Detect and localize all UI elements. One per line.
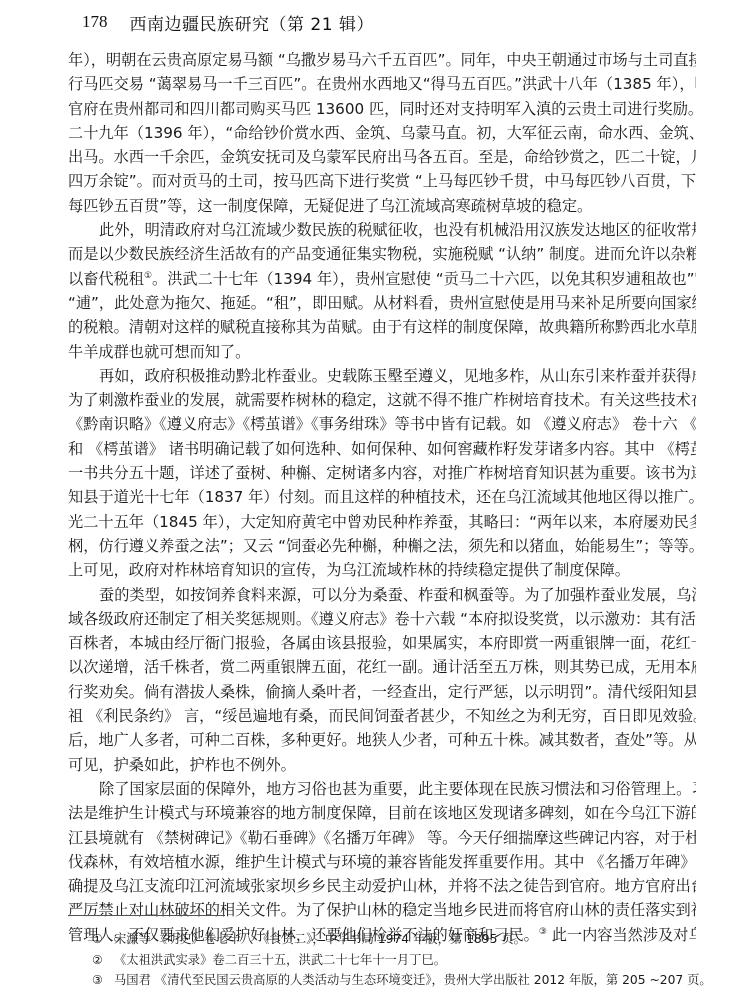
body-line: 官府在贵州都司和四川都司购买马匹 13600 匹，同时还对支持明军入滇的云贵土司…	[68, 97, 696, 121]
body-line: 法是维护生计模式与环境兼容的地方制度保障，目前在该地区发现诸多碑刻，如在今乌江下…	[68, 801, 696, 825]
body-line: 年），明朝在云贵高原定易马额 “乌撒岁易马六千五百匹”。同年，中央王朝通过市场与…	[68, 48, 696, 72]
body-line: 可见，护桑如此，护柞也不例外。	[68, 753, 696, 777]
footnote-item: ②《太祖洪武实录》卷二百三十五，洪武二十七年十一月丁巳。	[92, 950, 712, 971]
footnote-item: ③马国君 《清代至民国云贵高原的人类活动与生态环境变迁》，贵州大学出版社 201…	[92, 970, 712, 991]
body-line: 再如，政府积极推动黔北柞蚕业。史载陈玉壂至遵义，见地多柞，从山东引来柞蚕并获得成…	[68, 364, 696, 388]
body-line: 一书共分五十题，详述了蚕树、种槲、定树诸多内容，对推广柞树培育知识甚为重要。该书…	[68, 461, 696, 485]
body-line: 上可见，政府对柞林培育知识的宣传，为乌江流域柞林的持续稳定提供了制度保障。	[68, 558, 696, 582]
footnote-reference[interactable]: ①	[144, 271, 152, 281]
body-line: 百株者，本城由经厅衙门报验，各属由该县报验，如果属实，本府即赏一两重银牌一面，花…	[68, 631, 696, 655]
body-line: 出马。水西一千余匹，金筑安抚司及乌蒙军民府出马各五百。至是，命给钞赏之，匹二十锭…	[68, 145, 696, 169]
body-line: “逋”，此处意为拖欠、拖延。“租”，即田赋。从材料看，贵州宣慰使是用马来补足所要…	[68, 291, 696, 315]
body-line: 二十九年（1396 年），“命给钞价赏水西、金筑、乌蒙马直。初，大军征云南，命水…	[68, 121, 696, 145]
footnote-mark: ②	[92, 950, 114, 971]
body-line: 祖 《利民条约》 言，“绥邑遍地有桑，而民间饲蚕者甚少，不知丝之为利无穷，百日即…	[68, 704, 696, 728]
body-line: 行奖劝矣。倘有潜拔人桑株，偷摘人桑叶者，一经查出，定行严惩，以示明罚”。清代绥阳…	[68, 680, 696, 704]
footnote-text: 《太祖洪武实录》卷二百三十五，洪武二十七年十一月丁巳。	[114, 950, 446, 971]
body-line: 为了刺激柞蚕业的发展，就需要柞树林的稳定，这就不得不推广柞树培育技术。有关这些技…	[68, 388, 696, 412]
body-line: 江县境就有 《禁树碑记》《勒石垂碑》《名播万年碑》 等。今天仔细揣摩这些碑记内容…	[68, 826, 696, 850]
footnote-reference[interactable]: ②	[694, 271, 696, 281]
body-line: 而是以少数民族经济生活故有的产品变通征集实物税，实施税赋 “认纳” 制度。进而允…	[68, 242, 696, 266]
body-line: 除了国家层面的保障外，地方习俗也甚为重要，此主要体现在民族习惯法和习俗管理上。习…	[68, 777, 696, 801]
running-header: 178 西南边疆民族研究（第 21 辑）	[82, 8, 374, 36]
footnote-mark: ③	[92, 970, 114, 991]
body-line: 光二十五年（1845 年），大定知府黄宅中曾劝民种柞养蚕，其略曰：“两年以来，本…	[68, 510, 696, 534]
body-line: 蚕的类型，如按饲养食料来源，可以分为桑蚕、柞蚕和枫蚕等。为了加强柞蚕业发展，乌江…	[68, 583, 696, 607]
body-line: 域各级政府还制定了相关奖惩规则。《遵义府志》卷十六载 “本府拟设奖赏，以示激劝：…	[68, 607, 696, 631]
page-number: 178	[82, 12, 108, 32]
footnote-item: ①宋濂等 《明史》卷七十八 《食货二》，中华书局 1974 年版，第 1895 …	[92, 929, 712, 950]
body-line: 牛羊成群也就可想而知了。	[68, 340, 696, 364]
body-line: 伐森林，有效培植水源，维护生计模式与环境的兼容皆能发挥重要作用。其中 《名播万年…	[68, 850, 696, 874]
body-line: 此外，明清政府对乌江流域少数民族的税赋征收，也没有机械沿用汉族发达地区的征收常规…	[68, 218, 696, 242]
footnote-divider	[68, 915, 225, 916]
footnote-text: 马国君 《清代至民国云贵高原的人类活动与生态环境变迁》，贵州大学出版社 2012…	[114, 970, 712, 991]
body-line: 行马匹交易 “蔼翠易马一千三百匹”。在贵州水西地又“得马五百匹。”洪武十八年（1…	[68, 72, 696, 96]
body-line: 《黔南识略》《遵义府志》《樗茧谱》《事务绀珠》等书中皆有记载。如 《遵义府志》 …	[68, 412, 696, 436]
body-line: 知县于道光十七年（1837 年）付刻。而且这样的种植技术，还在乌江流域其他地区得…	[68, 485, 696, 509]
body-line: 㭎，仿行遵义养蚕之法”；又云 “饲蚕必先种槲，种槲之法，须先和以猪血，始能易生”…	[68, 534, 696, 558]
body-line: 确提及乌江支流印江河流域张家坝乡乡民主动爱护山林，并将不法之徒告到官府。地方官府…	[68, 874, 696, 898]
body-line: 每匹钞五百贯”等，这一制度保障，无疑促进了乌江流域高寒疏树草坡的稳定。	[68, 194, 696, 218]
footnote-mark: ①	[92, 929, 114, 950]
body-line: 的税粮。清朝对这样的赋税直接称其为苗赋。由于有这样的制度保障，故典籍所称黔西北水…	[68, 315, 696, 339]
body-line: 以畜代税租①。洪武二十七年（1394 年），贵州宣慰使 “贡马二十六匹，以免其积…	[68, 267, 696, 291]
body-text: 年），明朝在云贵高原定易马额 “乌撒岁易马六千五百匹”。同年，中央王朝通过市场与…	[68, 48, 696, 947]
body-line: 后，地广人多者，可种二百株，多种更好。地狭人少者，可种五十株。减其数者，查处”等…	[68, 728, 696, 752]
body-line: 和 《樗茧谱》 诸书明确记载了如何选种、如何保种、如何窖藏柞籽发芽诸多内容。其中…	[68, 437, 696, 461]
journal-title: 西南边疆民族研究（第 21 辑）	[130, 10, 374, 35]
body-line: 严厉禁止对山林破坏的相关文件。为了保护山林的稳定当地乡民进而将官府山林的责任落实…	[68, 898, 696, 922]
footnote-text: 宋濂等 《明史》卷七十八 《食货二》，中华书局 1974 年版，第 1895 页…	[114, 929, 526, 950]
footnotes: ①宋濂等 《明史》卷七十八 《食货二》，中华书局 1974 年版，第 1895 …	[92, 929, 712, 991]
body-line: 四万余锭”。而对贡马的土司，按马匹高下进行奖赏 “上马每匹钞千贯，中马每匹钞八百…	[68, 169, 696, 193]
body-line: 以次递增，活千株者，赏二两重银牌五面，花红一副。通计活至五万株，则其势已成，无用…	[68, 655, 696, 679]
